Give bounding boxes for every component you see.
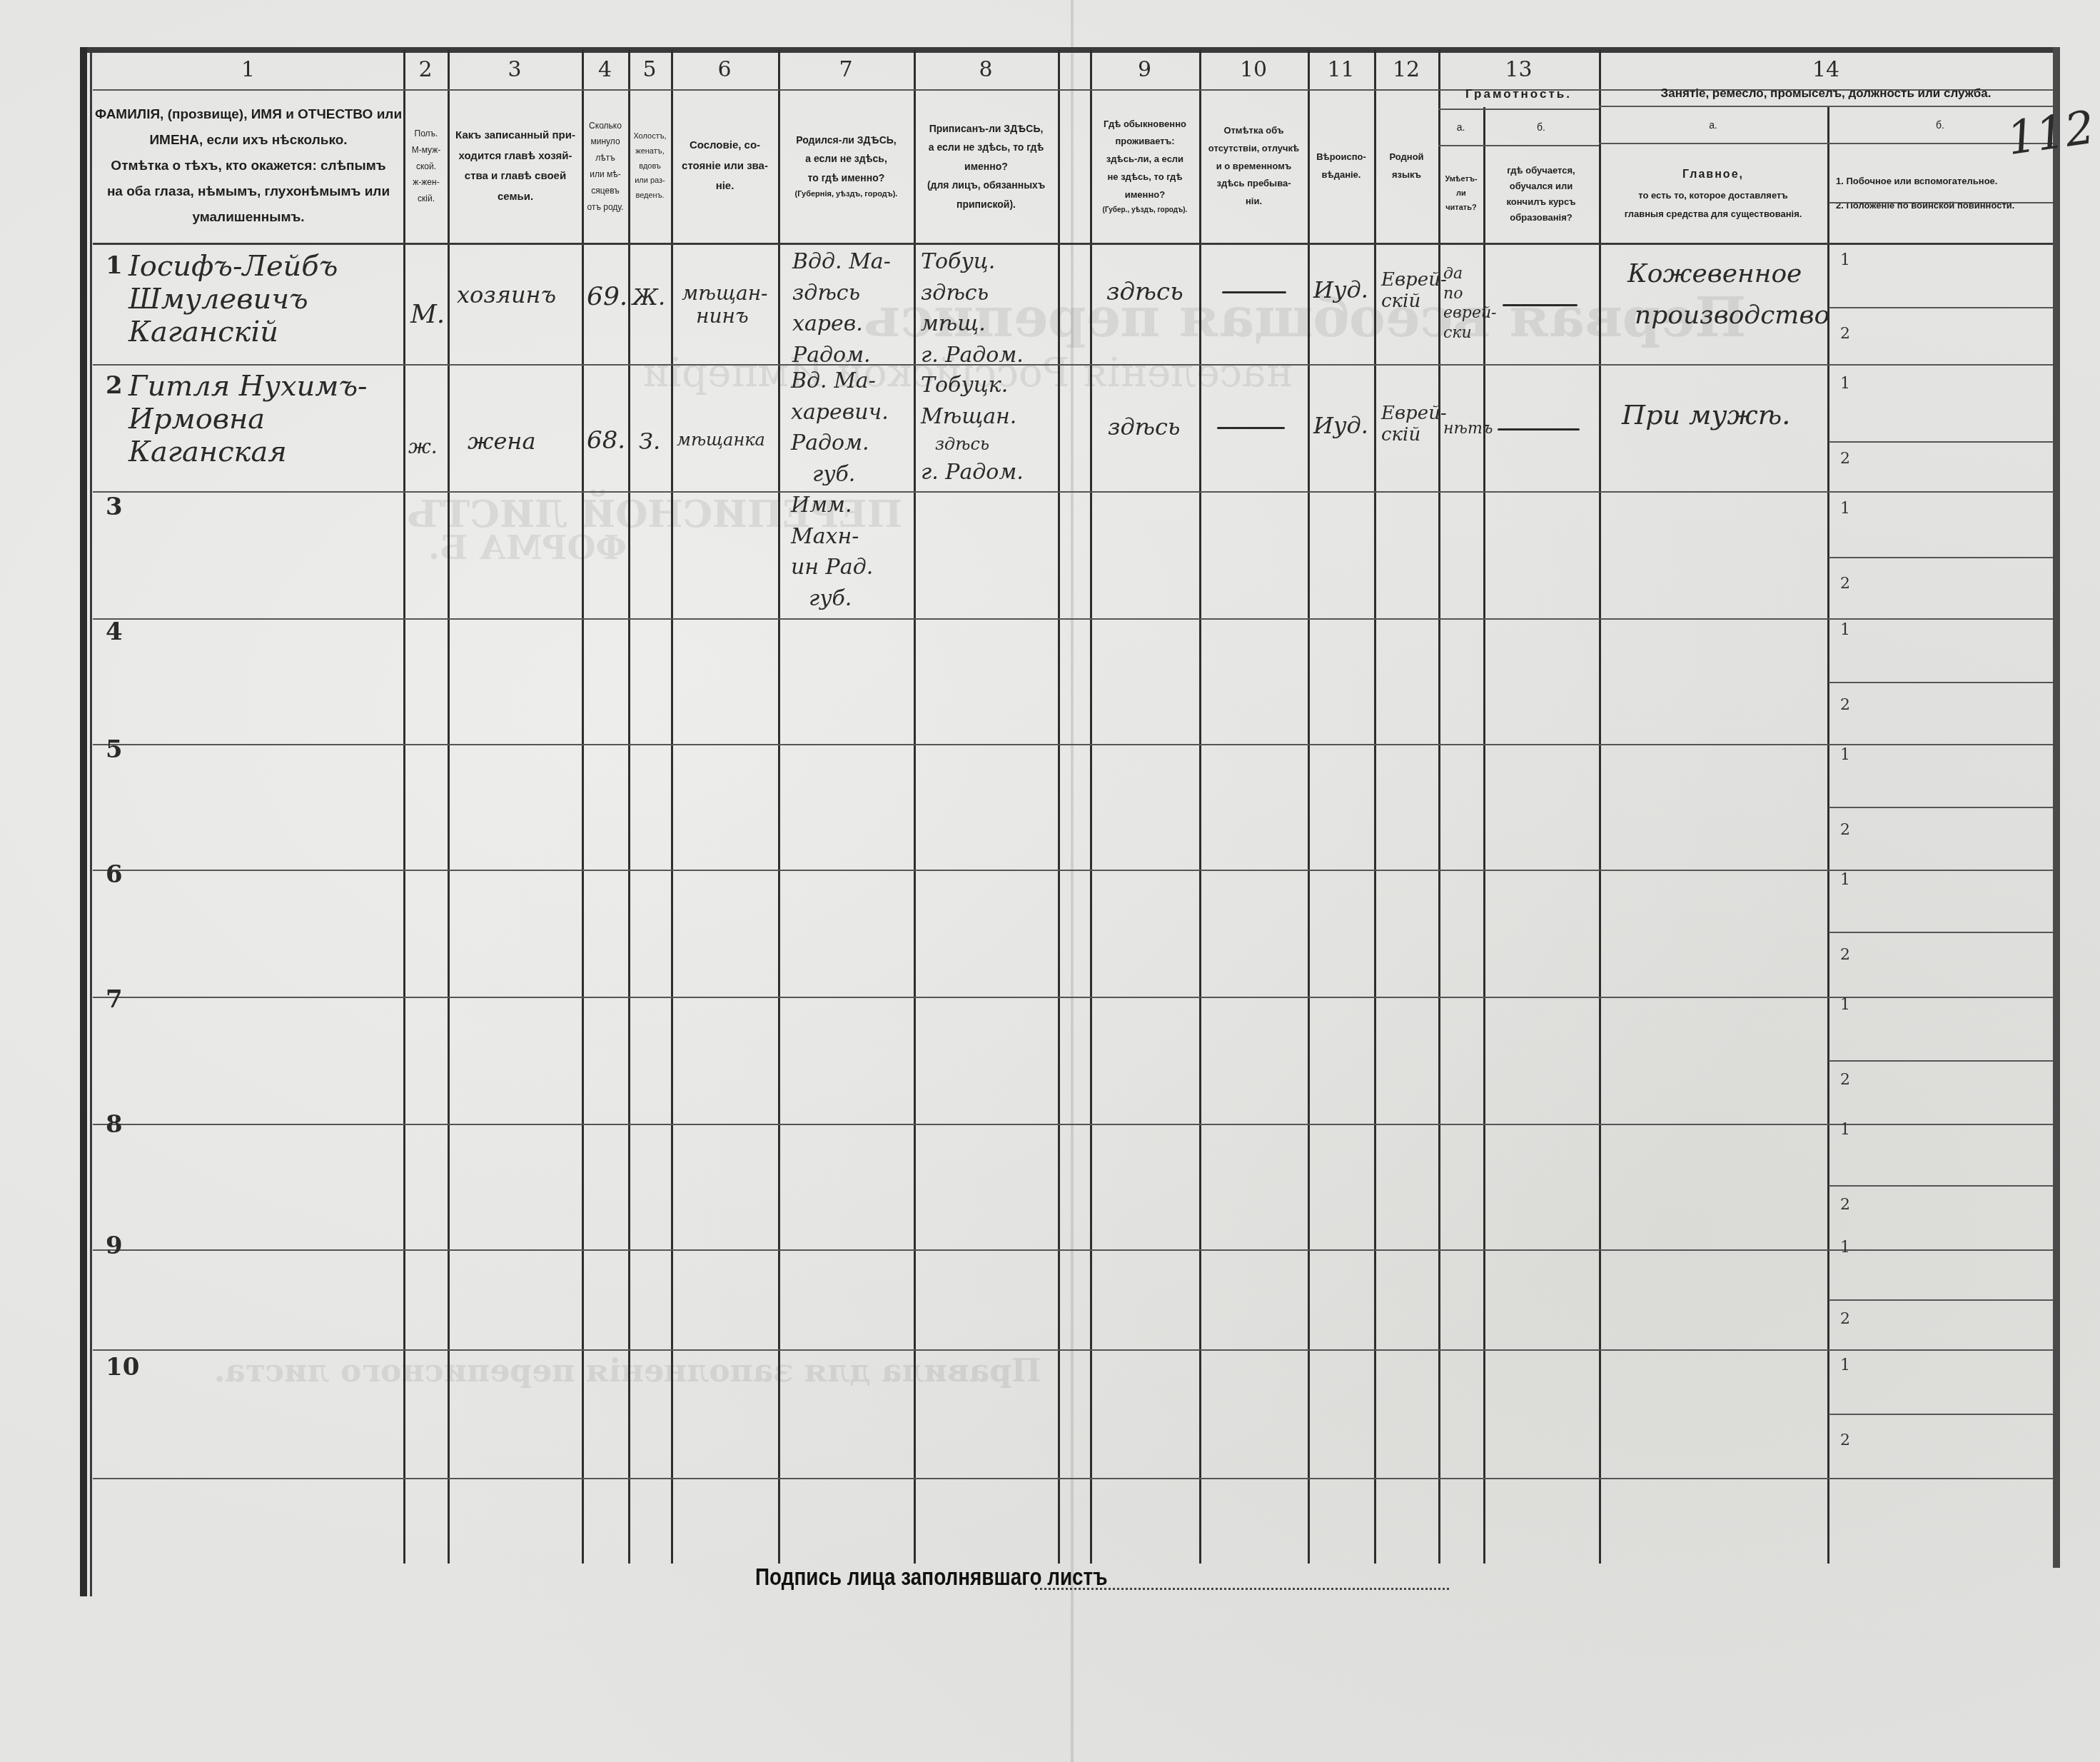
row1-age: 69. bbox=[587, 282, 627, 311]
subrow-divider bbox=[1829, 1414, 2053, 1415]
header-bottom-line bbox=[93, 243, 2053, 245]
row-number: 2 bbox=[106, 371, 123, 400]
row2-absence-dash bbox=[1217, 427, 1285, 429]
subrow-label: 1 bbox=[1840, 1121, 1850, 1139]
header-col13-group: Грамотность. bbox=[1438, 80, 1599, 109]
row1-birthplace: Вдд. Ма-здѣсьхарев.Радом. bbox=[792, 246, 891, 371]
subrow-label: 1 bbox=[1840, 621, 1850, 639]
colnum-1: 1 bbox=[93, 53, 403, 87]
table-left-border bbox=[80, 47, 87, 1596]
row1-religion: Иуд. bbox=[1313, 277, 1368, 303]
col-divider bbox=[448, 50, 450, 1564]
header-col14a-label: а. bbox=[1599, 109, 1827, 141]
ghost-form-id: ФОРМА Б. bbox=[428, 528, 627, 567]
col14b-header-split bbox=[1829, 202, 2053, 203]
header-col9-residence: Гдѣ обыкновеннопроживаетъ:здѣсь-ли, а ес… bbox=[1091, 91, 1198, 241]
subrow-label: 2 bbox=[1840, 1196, 1850, 1214]
subrow-divider bbox=[1829, 932, 2053, 933]
row-divider bbox=[93, 1349, 2053, 1351]
census-sheet: Первая всеобщая перепись населенія Россі… bbox=[0, 0, 2100, 1762]
row1-registered: Тобуц.здѣсьмѣщ.г. Радом. bbox=[921, 246, 1024, 371]
col-divider bbox=[582, 50, 584, 1564]
subrow-label: 2 bbox=[1840, 821, 1850, 839]
subrow-divider bbox=[1829, 1299, 2053, 1301]
row-divider bbox=[93, 744, 2053, 745]
header-col13a-label: а. bbox=[1438, 111, 1483, 144]
sub14-underline bbox=[1599, 143, 2053, 144]
table-top-border bbox=[87, 47, 2059, 53]
row-number: 9 bbox=[106, 1232, 123, 1260]
row1-education-dash bbox=[1503, 304, 1577, 306]
row1-residence: здѣсь bbox=[1106, 278, 1183, 306]
row2-marital: З. bbox=[639, 428, 660, 455]
header-col7-birthplace: Родился-ли ЗДѢСЬ,а если не здѣсь,то гдѣ … bbox=[779, 91, 913, 241]
subrow-label: 1 bbox=[1840, 871, 1850, 889]
page-fold bbox=[1071, 0, 1074, 1762]
colnum-8: 8 bbox=[914, 53, 1058, 87]
table-left-border-inner bbox=[90, 47, 92, 1596]
subrow-label: 1 bbox=[1840, 1239, 1850, 1257]
row2-birthplace: Вд. Ма-харевич.Радом.губ.Имм.Махн-ин Рад… bbox=[791, 366, 889, 614]
row2-residence: здѣсь bbox=[1108, 414, 1180, 440]
row1-relation: хозяинъ bbox=[457, 282, 556, 308]
col-divider bbox=[403, 50, 405, 1564]
row-number: 6 bbox=[106, 860, 123, 889]
row1-occupation-main: Кожевенноепроизводство bbox=[1620, 253, 1829, 336]
row2-sex: ж. bbox=[408, 436, 438, 458]
row2-religion: Иуд. bbox=[1313, 413, 1368, 439]
subrow-label: 1 bbox=[1840, 996, 1850, 1014]
row-number: 4 bbox=[106, 618, 123, 646]
row-number: 1 bbox=[106, 251, 123, 280]
subrow-label: 2 bbox=[1840, 946, 1850, 964]
col-divider bbox=[1599, 50, 1601, 1564]
group13-underline bbox=[1438, 109, 1599, 110]
subrow-divider bbox=[1829, 1060, 2053, 1062]
subrow-label: 2 bbox=[1840, 575, 1850, 593]
row-number: 5 bbox=[106, 735, 123, 764]
col-divider bbox=[914, 50, 916, 1564]
header-col3-relation: Какъ записанный при-ходится главѣ хозяй-… bbox=[450, 91, 581, 241]
col-divider bbox=[1374, 50, 1376, 1564]
row1-sex: М. bbox=[410, 300, 445, 329]
header-col1-name: ФАМИЛІЯ, (прозвище), ИМЯ и ОТЧЕСТВО илиИ… bbox=[94, 91, 403, 241]
col-divider bbox=[1308, 50, 1310, 1564]
row1-literate: дапоеврей-ски bbox=[1443, 264, 1497, 343]
colnum-6: 6 bbox=[671, 53, 778, 87]
row-divider bbox=[93, 364, 2053, 366]
sub13-underline bbox=[1438, 145, 1599, 146]
signature-line[interactable] bbox=[1035, 1588, 1449, 1590]
colnum-7: 7 bbox=[778, 53, 914, 87]
row-divider bbox=[93, 1478, 2053, 1479]
row2-education-dash bbox=[1498, 428, 1580, 431]
row-divider bbox=[93, 1124, 2053, 1125]
row2-registered: Тобуцк.Мѣщан.здѣсьг. Радом. bbox=[921, 370, 1024, 488]
subrow-label: 2 bbox=[1840, 450, 1850, 468]
col-divider bbox=[1058, 50, 1060, 1564]
header-col2-sex: Полъ.М-муж-ской.ж-жен-скій. bbox=[405, 91, 447, 241]
row-number: 8 bbox=[106, 1110, 123, 1139]
row1-name: Іосифъ-ЛейбъШмулевичъКаганскій bbox=[128, 250, 338, 348]
row-divider bbox=[93, 618, 2053, 620]
row2-language: Еврей-скій bbox=[1381, 403, 1447, 446]
header-col13b-education: гдѣ обучается,обучался иликончилъ курсъо… bbox=[1485, 147, 1597, 241]
subrow-label: 2 bbox=[1840, 696, 1850, 714]
row-number: 3 bbox=[106, 493, 123, 521]
header-col6-estate: Сословіе, со-стояніе или зва-ніе. bbox=[672, 91, 777, 241]
row-divider bbox=[93, 997, 2053, 998]
subrow-label: 2 bbox=[1840, 1071, 1850, 1089]
header-col8-registered: Приписанъ-ли ЗДѢСЬ,а если не здѣсь, то г… bbox=[915, 91, 1057, 241]
col-divider bbox=[1090, 50, 1092, 1564]
header-col10-absence: Отмѣтка объотсутствіи, отлучкѣи о времен… bbox=[1201, 91, 1307, 241]
row-divider bbox=[93, 1249, 2053, 1251]
row2-occupation-main: При мужѣ. bbox=[1622, 400, 1790, 431]
row-divider bbox=[93, 870, 2053, 871]
row1-marital: Ж. bbox=[632, 284, 665, 311]
row1-estate: мѣщан-нинъ bbox=[682, 282, 768, 328]
header-col14a-main: Главное,то есть то, которое доставляетъг… bbox=[1600, 146, 1826, 241]
row2-age: 68. bbox=[587, 427, 625, 455]
col-divider bbox=[778, 50, 780, 1564]
subrow-divider bbox=[1829, 441, 2053, 443]
colnum-4: 4 bbox=[582, 53, 628, 87]
subrow-divider bbox=[1829, 307, 2053, 308]
row-number: 7 bbox=[106, 985, 123, 1014]
subrow-divider bbox=[1829, 1185, 2053, 1187]
header-col13b-label: б. bbox=[1483, 111, 1599, 144]
colnum-11: 11 bbox=[1308, 53, 1374, 87]
subrow-label: 1 bbox=[1840, 500, 1850, 518]
header-col5-marital: Холостъ,женатъ,вдовъили раз-веденъ. bbox=[630, 91, 670, 241]
col-divider bbox=[671, 50, 673, 1564]
header-col4-age: Сколькоминулолѣтъили мѣ-сяцевъотъ роду. bbox=[583, 91, 627, 241]
colnum-12: 12 bbox=[1374, 53, 1438, 87]
row2-relation: жена bbox=[468, 428, 535, 455]
row2-literate: нѣтъ bbox=[1443, 420, 1493, 438]
header-col14-group: Занятіе, ремесло, промыселъ, должность и… bbox=[1599, 80, 2053, 107]
colnum-9: 9 bbox=[1090, 53, 1199, 87]
subrow-label: 2 bbox=[1840, 1431, 1850, 1449]
subrow-label: 1 bbox=[1840, 375, 1850, 393]
row1-language: Еврей-скій bbox=[1381, 270, 1447, 313]
subrow-label: 1 bbox=[1840, 251, 1850, 269]
col-divider bbox=[1199, 50, 1201, 1564]
row-number: 10 bbox=[106, 1353, 139, 1381]
header-col13a-literate: Умѣетъ-личитать? bbox=[1440, 147, 1483, 241]
row1-absence-dash bbox=[1222, 291, 1286, 293]
row-divider bbox=[93, 491, 2053, 493]
colnum-3: 3 bbox=[448, 53, 582, 87]
row2-estate: мѣщанка bbox=[677, 431, 765, 450]
subrow-divider bbox=[1829, 807, 2053, 808]
header-col11-religion: Вѣроиспо-вѣданіе. bbox=[1309, 91, 1373, 241]
table-right-border bbox=[2053, 47, 2060, 1568]
subrow-divider bbox=[1829, 557, 2053, 558]
subrow-label: 1 bbox=[1840, 746, 1850, 764]
subrow-label: 1 bbox=[1840, 1356, 1850, 1374]
header-col12-language: Роднойязыкъ bbox=[1375, 91, 1438, 241]
colnum-5: 5 bbox=[628, 53, 671, 87]
colnum-2: 2 bbox=[403, 53, 448, 87]
row2-name: Гитля Нухимъ-ИрмовнаКаганская bbox=[128, 370, 368, 468]
page-number: 112 bbox=[2004, 101, 2097, 166]
col-divider bbox=[628, 50, 630, 1564]
subrow-label: 2 bbox=[1840, 1310, 1850, 1328]
colnum-10: 10 bbox=[1199, 53, 1308, 87]
subrow-label: 2 bbox=[1840, 325, 1850, 343]
subrow-divider bbox=[1829, 682, 2053, 683]
